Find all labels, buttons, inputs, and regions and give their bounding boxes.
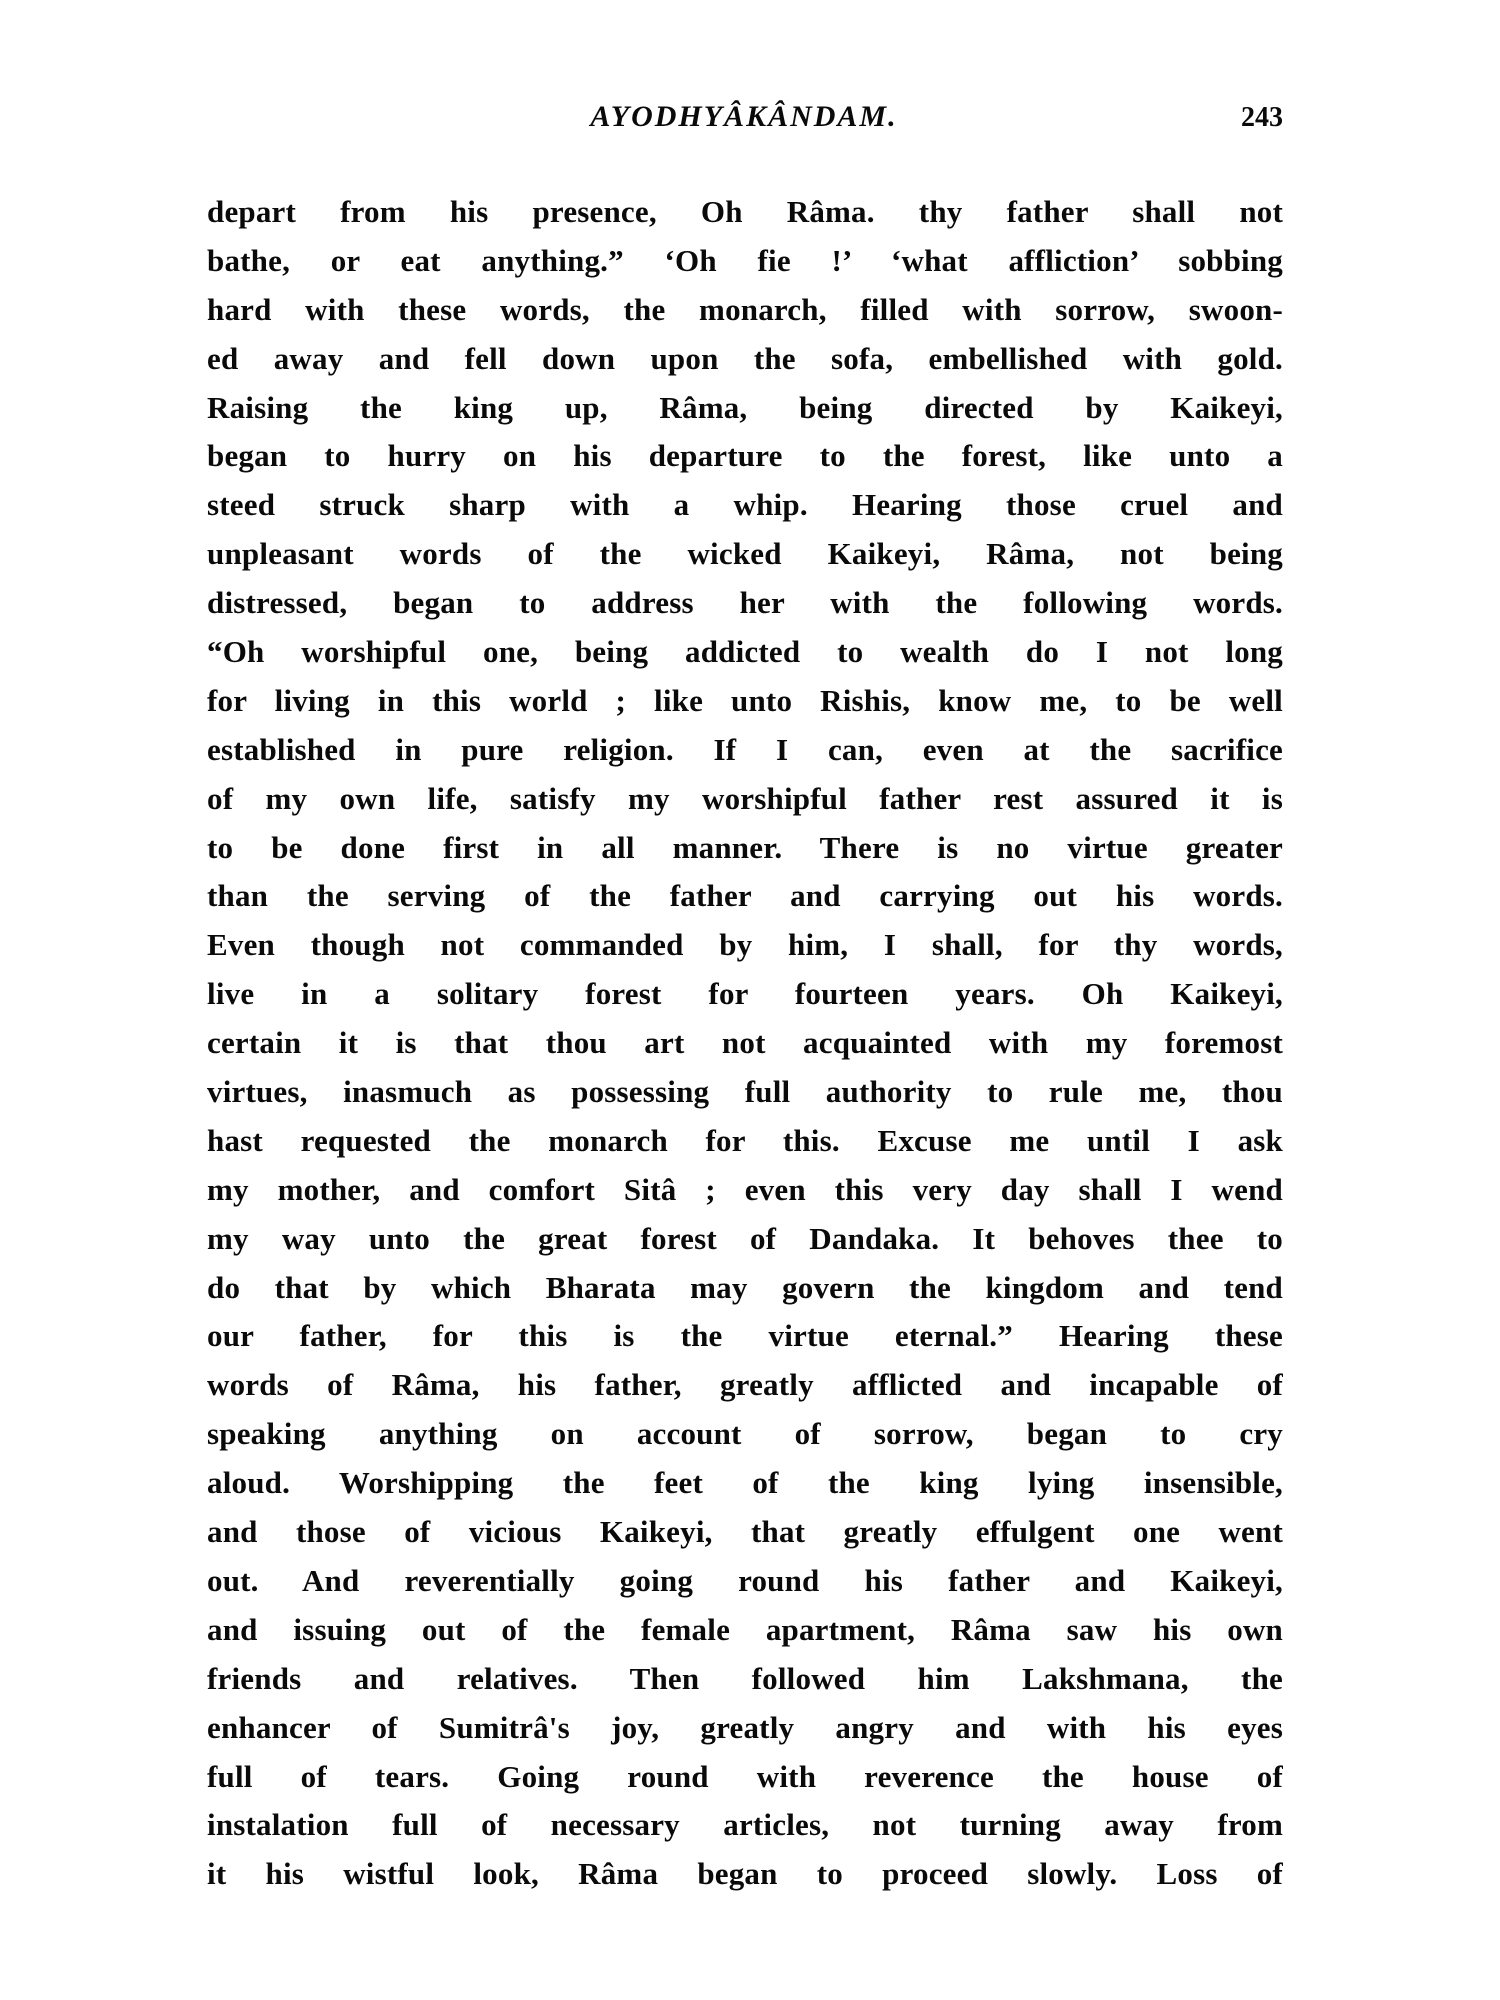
text-line: to be done first in all manner. There is…: [207, 824, 1283, 873]
text-line: it his wistful look, Râma began to proce…: [207, 1850, 1283, 1899]
text-line: my way unto the great forest of Dandaka.…: [207, 1215, 1283, 1264]
text-line: and issuing out of the female apartment,…: [207, 1606, 1283, 1655]
text-line: full of tears. Going round with reverenc…: [207, 1753, 1283, 1802]
text-line: and those of vicious Kaikeyi, that great…: [207, 1508, 1283, 1557]
text-line: unpleasant words of the wicked Kaikeyi, …: [207, 530, 1283, 579]
text-line: ed away and fell down upon the sofa, emb…: [207, 335, 1283, 384]
running-title: AYODHYÂKÂNDAM.: [205, 100, 1283, 134]
text-line: out. And reverentially going round his f…: [207, 1557, 1283, 1606]
text-line: depart from his presence, Oh Râma. thy f…: [207, 188, 1283, 237]
text-line: certain it is that thou art not acquaint…: [207, 1019, 1283, 1068]
text-line: steed struck sharp with a whip. Hearing …: [207, 481, 1283, 530]
text-line: virtues, inasmuch as possessing full aut…: [207, 1068, 1283, 1117]
text-line: bathe, or eat anything.” ‘Oh fie !’ ‘wha…: [207, 237, 1283, 286]
page-number: 243: [1241, 102, 1283, 134]
text-line: do that by which Bharata may govern the …: [207, 1264, 1283, 1313]
text-line: hast requested the monarch for this. Exc…: [207, 1117, 1283, 1166]
text-line: aloud. Worshipping the feet of the king …: [207, 1459, 1283, 1508]
text-line: for living in this world ; like unto Ris…: [207, 677, 1283, 726]
text-line: “Oh worshipful one, being addicted to we…: [207, 628, 1283, 677]
text-line: words of Râma, his father, greatly affli…: [207, 1361, 1283, 1410]
running-head: AYODHYÂKÂNDAM. 243: [205, 100, 1283, 144]
text-line: our father, for this is the virtue etern…: [207, 1312, 1283, 1361]
text-line: began to hurry on his departure to the f…: [207, 432, 1283, 481]
book-page: AYODHYÂKÂNDAM. 243 depart from his prese…: [0, 0, 1500, 2000]
text-line: instalation full of necessary articles, …: [207, 1801, 1283, 1850]
body-text: depart from his presence, Oh Râma. thy f…: [207, 188, 1283, 1899]
text-line: friends and relatives. Then followed him…: [207, 1655, 1283, 1704]
text-line: than the serving of the father and carry…: [207, 872, 1283, 921]
text-line: hard with these words, the monarch, fill…: [207, 286, 1283, 335]
text-line: my mother, and comfort Sitâ ; even this …: [207, 1166, 1283, 1215]
text-line: enhancer of Sumitrâ's joy, greatly angry…: [207, 1704, 1283, 1753]
text-line: Raising the king up, Râma, being directe…: [207, 384, 1283, 433]
text-line: Even though not commanded by him, I shal…: [207, 921, 1283, 970]
text-line: speaking anything on account of sorrow, …: [207, 1410, 1283, 1459]
text-line: of my own life, satisfy my worshipful fa…: [207, 775, 1283, 824]
text-line: live in a solitary forest for fourteen y…: [207, 970, 1283, 1019]
text-line: distressed, began to address her with th…: [207, 579, 1283, 628]
text-line: established in pure religion. If I can, …: [207, 726, 1283, 775]
